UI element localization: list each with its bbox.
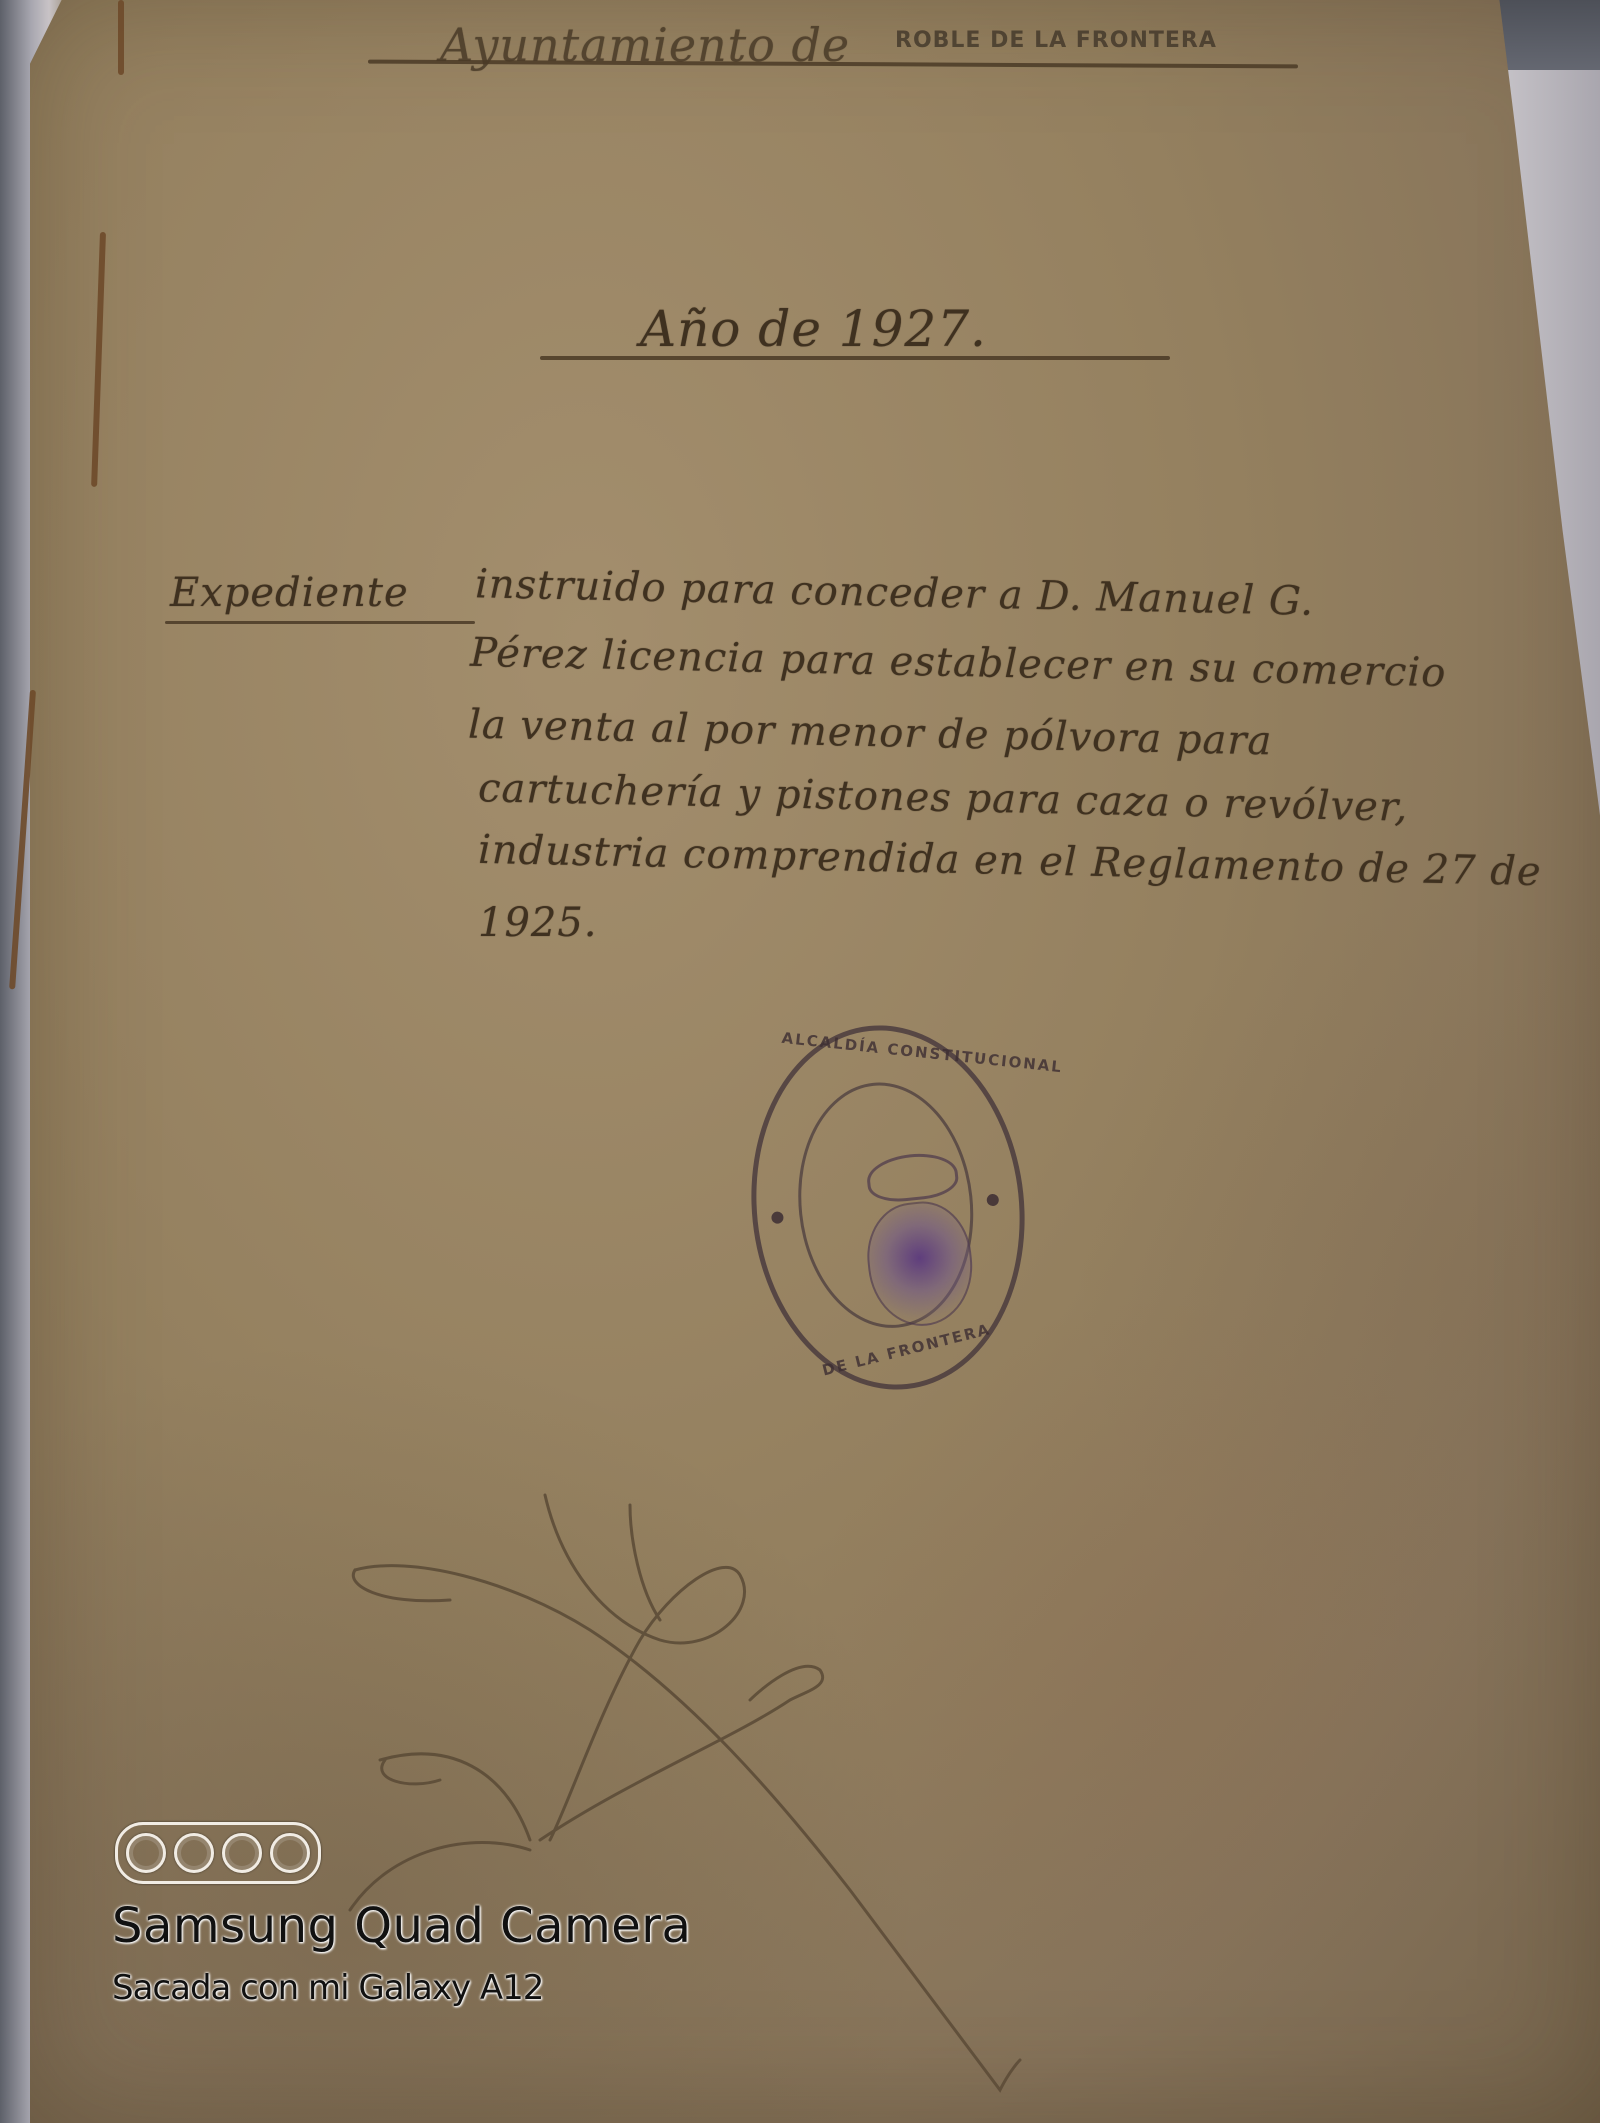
camera-watermark-title: Samsung Quad Camera <box>112 1898 691 1954</box>
year-heading: Año de 1927. <box>640 300 987 358</box>
seal-dot-right <box>986 1193 999 1206</box>
camera-lens-icon <box>270 1833 310 1873</box>
quad-camera-icon <box>115 1822 321 1884</box>
body-line-6: 1925. <box>478 900 598 946</box>
camera-lens-icon <box>174 1833 214 1873</box>
camera-watermark-subtitle: Sacada con mi Galaxy A12 <box>112 1968 543 2008</box>
expediente-label: Expediente <box>170 570 409 616</box>
seal-inner-ring <box>786 1074 985 1337</box>
expediente-underline <box>165 621 475 624</box>
header-stamped-place: ROBLE DE LA FRONTERA <box>895 28 1217 53</box>
camera-lens-icon <box>126 1833 166 1873</box>
signature-rubric <box>330 1470 1230 2110</box>
seal-dot-left <box>771 1211 784 1224</box>
crown-icon <box>865 1150 960 1205</box>
year-underline <box>540 356 1170 360</box>
binding-mark-top <box>118 0 124 75</box>
coat-of-arms-icon <box>862 1197 978 1331</box>
camera-lens-icon <box>222 1833 262 1873</box>
